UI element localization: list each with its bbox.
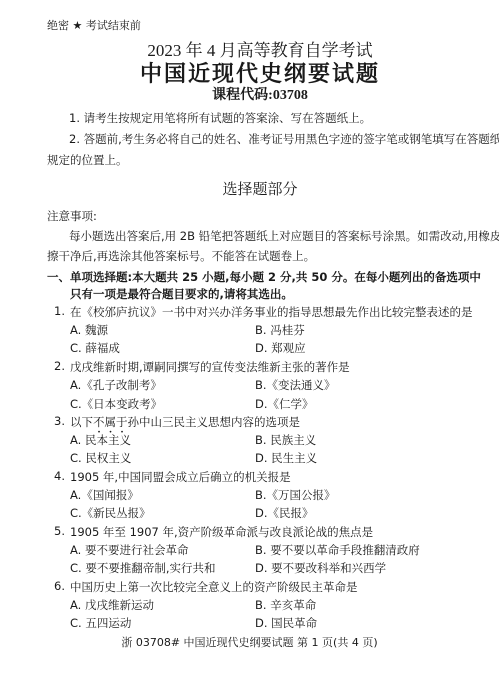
emphasized-text: 不属于 [93, 415, 128, 429]
confidential-label: 绝密 ★ 考试结束前 [47, 17, 141, 33]
option-a: A.《孔子改制考》 [70, 377, 162, 393]
question-text: 中国历史上第一次比较完全意义上的资产阶级民主革命是 [70, 579, 358, 595]
option-c: C. 民权主义 [70, 450, 131, 466]
option-b: B.《万国公报》 [255, 487, 336, 503]
question-number: 5. [54, 524, 65, 538]
option-c: C. 要不要推翻帝制,实行共和 [70, 560, 216, 576]
option-c: C.《新民丛报》 [70, 505, 151, 521]
section-title: 选择题部分 [0, 178, 499, 199]
instruction-2-cont: 规定的位置上。 [47, 152, 128, 168]
instruction-1: 1. 请考生按规定用笔将所有试题的答案涂、写在答题纸上。 [69, 110, 371, 126]
option-c: C. 薛福成 [70, 340, 120, 356]
option-b: B. 辛亥革命 [255, 597, 316, 613]
option-d: D. 民生主义 [255, 450, 317, 466]
instruction-2: 2. 答题前,考生务必将自己的姓名、准考证号用黑色字迹的签字笔或钢笔填写在答题纸 [69, 131, 499, 147]
question-number: 3. [54, 414, 65, 428]
question-text: 1905 年,中国同盟会成立后确立的机关报是 [70, 469, 291, 485]
question-text-post: 孙中山三民主义思想内容的选项是 [128, 415, 301, 429]
option-d: D.《民报》 [255, 505, 314, 521]
option-d: D. 国民革命 [255, 615, 317, 631]
option-c: C.《日本变政考》 [70, 396, 162, 412]
option-b: B. 冯桂芬 [255, 322, 305, 338]
option-c: C. 五四运动 [70, 615, 131, 631]
option-a: A. 要不要进行社会革命 [70, 542, 188, 558]
question-text-pre: 以下 [70, 415, 93, 429]
question-number: 2. [54, 359, 65, 373]
option-a: A. 戊戌维新运动 [70, 597, 154, 613]
question-number: 1. [54, 304, 65, 318]
notes-line-2: 擦干净后,再选涂其他答案标号。不能答在试题卷上。 [47, 248, 315, 264]
question-text: 1905 年至 1907 年,资产阶级革命派与改良派论战的焦点是 [70, 524, 373, 540]
notes-label: 注意事项: [47, 208, 97, 224]
course-code: 课程代码:03708 [0, 84, 499, 104]
notes-line-1: 每小题选出答案后,用 2B 铅笔把答题纸上对应题目的答案标号涂黑。如需改动,用橡… [69, 228, 499, 244]
option-a: A. 民本主义 [70, 432, 131, 448]
question-number: 6. [54, 579, 65, 593]
page-footer: 浙 03708# 中国近现代史纲要试题 第 1 页(共 4 页) [0, 634, 499, 650]
option-a: A. 魏源 [70, 322, 108, 338]
part-header-cont: 只有一项是最符合题目要求的,请将其选出。 [70, 286, 293, 302]
question-number: 4. [54, 469, 65, 483]
question-text: 在《校邠庐抗议》一书中对兴办洋务事业的指导思想最先作出比较完整表述的是 [70, 304, 473, 320]
question-text: 戊戌维新时期,谭嗣同撰写的宣传变法维新主张的著作是 [70, 359, 350, 375]
option-b: B. 民族主义 [255, 432, 316, 448]
option-b: B. 要不要以革命手段推翻清政府 [255, 542, 420, 558]
option-d: D.《仁学》 [255, 396, 314, 412]
option-d: D. 要不要改科举和兴西学 [255, 560, 386, 576]
option-a: A.《国闻报》 [70, 487, 139, 503]
part-header: 一、单项选择题:本大题共 25 小题,每小题 2 分,共 50 分。在每小题列出… [47, 269, 481, 285]
option-b: B.《变法通义》 [255, 377, 336, 393]
option-d: D. 郑观应 [255, 340, 306, 356]
